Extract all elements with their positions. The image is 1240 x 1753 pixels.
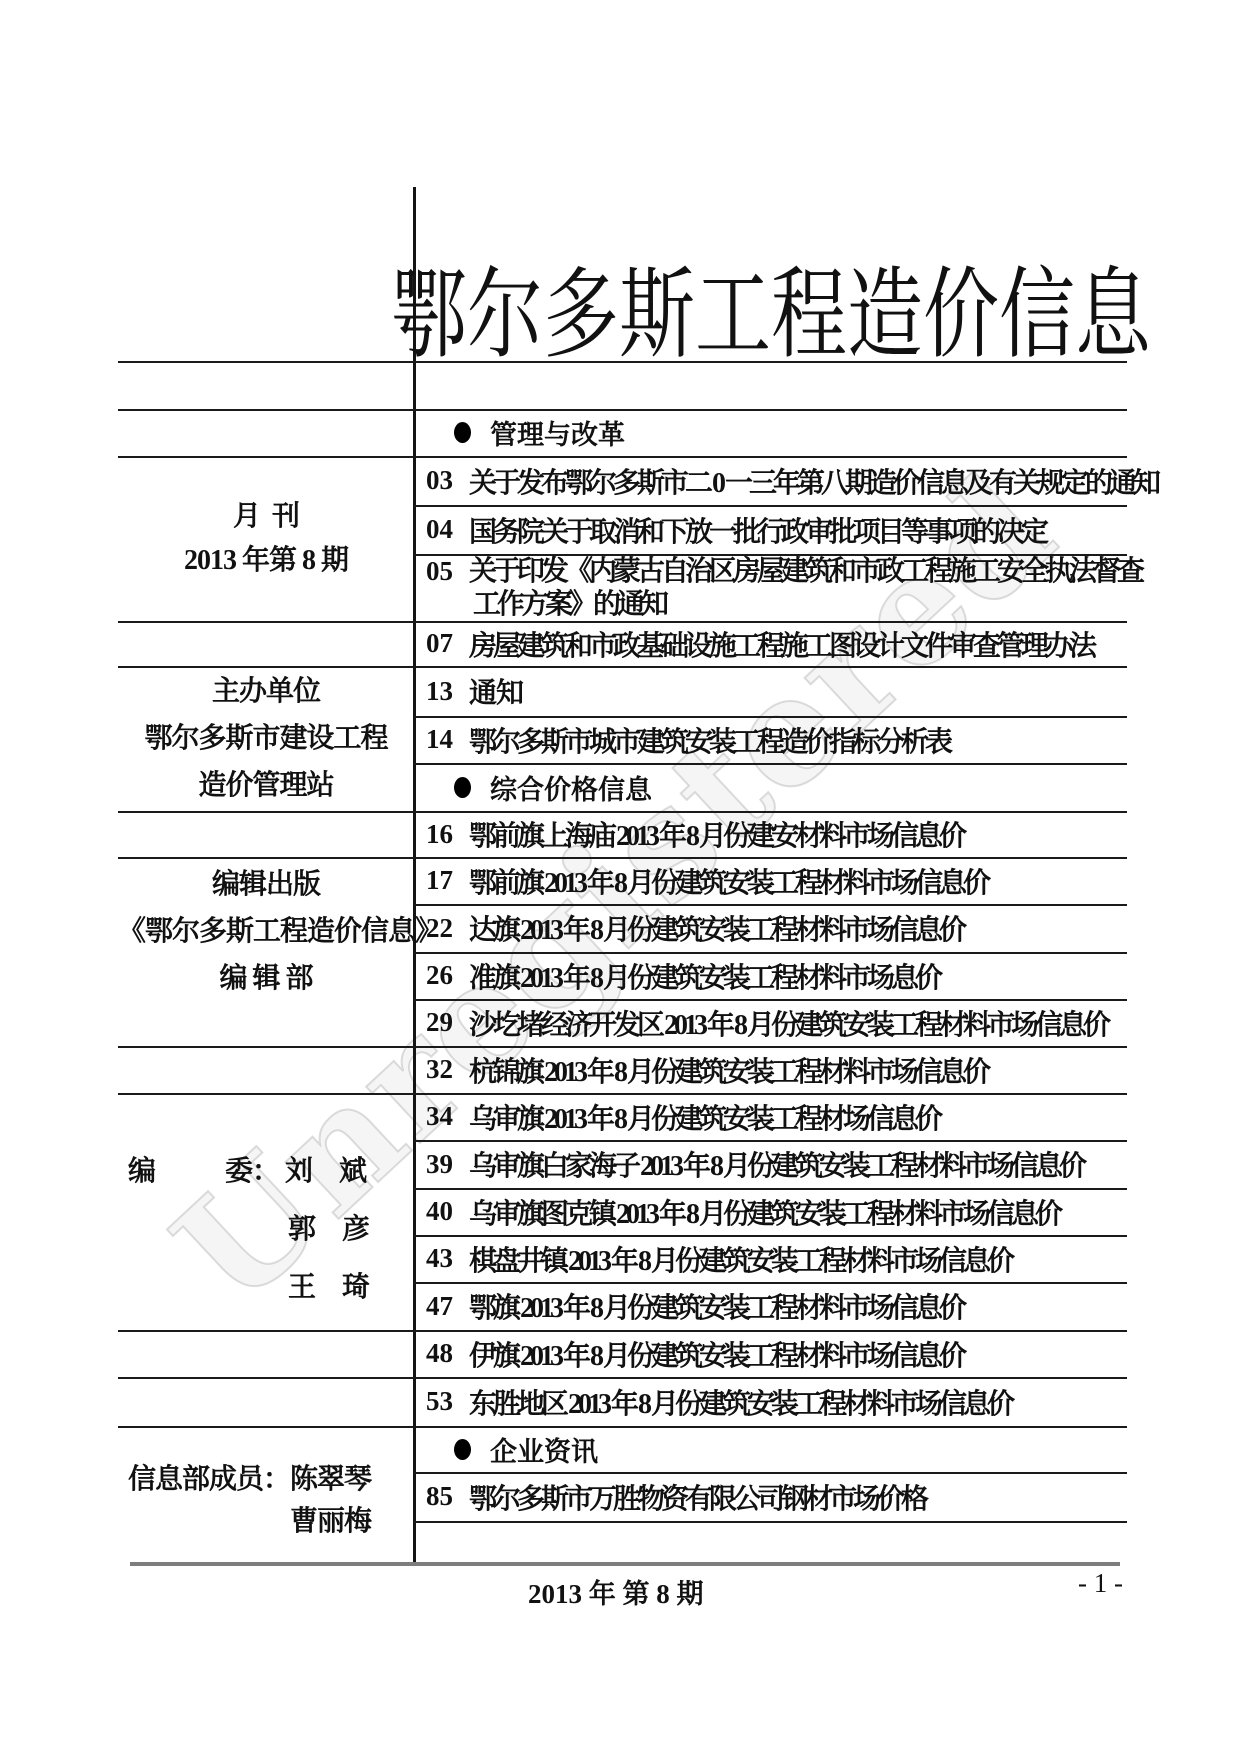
journal-cover-page: Unregistered 鄂尔多斯工程造价信息 月 刊 2013 年第 8 期 …	[0, 0, 1240, 1753]
toc-entry: 03 关于发布鄂尔多斯市二 0 一三年第八期造价信息及有关规定的通知	[414, 456, 1127, 505]
toc-page-number: 85	[426, 1481, 453, 1512]
toc-entry: 16 鄂前旗上海庙 2013 年 8 月份建安材料市场信息价	[414, 811, 1127, 857]
toc-page-number: 17	[426, 865, 453, 896]
toc-page-number: 04	[426, 514, 453, 545]
toc-section-label: 企业资讯	[490, 1430, 598, 1469]
toc-entry: 40 乌审旗图克镇 2013 年 8 月份建筑安装工程材料市场信息价	[414, 1188, 1127, 1235]
toc-entry: 22 达旗 2013 年 8 月份建筑安装工程材料市场信息价	[414, 904, 1127, 952]
organizer-label: 主办单位	[118, 668, 414, 715]
toc-page-number: 29	[426, 1007, 453, 1038]
toc-entry-title: 准旗 2013 年 8 月份建筑安装工程材料市场息价	[469, 956, 939, 996]
page-title: 鄂尔多斯工程造价信息	[420, 248, 1122, 377]
toc-page-number: 34	[426, 1101, 453, 1132]
editorial-member: 郭 彦	[118, 1201, 414, 1259]
bullet-icon	[454, 422, 471, 443]
info-department-member: 曹丽梅	[118, 1501, 414, 1543]
toc-entry-title: 国务院关于取消和下放一批行政审批项目等事项的决定	[469, 510, 1045, 550]
bullet-icon	[454, 1439, 471, 1460]
toc-entry-title: 乌审旗白家海子 2013 年 8 月份建筑安装工程材料市场信息价	[469, 1144, 1083, 1184]
toc-entry: 05 关于印发《内蒙古自治区房屋建筑和市政工程施工安全执法督查 工作方案》的通知	[414, 554, 1127, 621]
toc-entry-title-line2: 工作方案》的通知	[426, 588, 665, 621]
editorial-label-first: 编	[128, 1143, 155, 1201]
toc-entry: 17 鄂前旗 2013 年 8 月份建筑安装工程材料市场信息价	[414, 857, 1127, 904]
toc-section-label: 综合价格信息	[490, 768, 652, 807]
toc-entry: 04 国务院关于取消和下放一批行政审批项目等事项的决定	[414, 505, 1127, 554]
toc-entry-title: 关于发布鄂尔多斯市二 0 一三年第八期造价信息及有关规定的通知	[469, 461, 1157, 501]
toc-entry: 13 通 知	[414, 666, 1127, 716]
editorial-member: 王 琦	[118, 1259, 414, 1317]
page-title-text: 鄂尔多斯工程造价信息	[391, 235, 1151, 377]
toc-entry: 39 乌审旗白家海子 2013 年 8 月份建筑安装工程材料市场信息价	[414, 1140, 1127, 1188]
toc-page-number: 26	[426, 960, 453, 991]
toc-entry-title: 伊旗 2013 年 8 月份建筑安装工程材料市场信息价	[469, 1334, 963, 1374]
separator-line	[414, 1521, 1127, 1523]
info-department-label: 信息部成员：	[128, 1459, 290, 1501]
toc-entry: 14 鄂尔多斯市城市建筑安装工程造价指标分析表	[414, 716, 1127, 763]
organizer-cell: 主办单位 鄂尔多斯市建设工程 造价管理站	[118, 666, 414, 811]
publisher-journal-name: 《鄂尔多斯工程造价信息》	[118, 908, 414, 955]
footer-issue: 2013 年 第 8 期	[528, 1572, 704, 1611]
toc-entry-title: 通 知	[469, 671, 520, 711]
toc-entry-title: 鄂旗 2013 年 8 月份建筑安装工程材料市场信息价	[469, 1286, 963, 1326]
organizer-name-line2: 造价管理站	[118, 762, 414, 809]
toc-entry-title: 鄂尔多斯市城市建筑安装工程造价指标分析表	[469, 720, 949, 760]
toc-entry: 47 鄂旗 2013 年 8 月份建筑安装工程材料市场信息价	[414, 1282, 1127, 1330]
info-department-cell: 信息部成员： 陈翠琴 曹丽梅	[118, 1426, 414, 1564]
toc-entry-title: 乌审旗 2013 年 8 月份建筑安装工程材场信息价	[469, 1097, 939, 1137]
toc-page-number: 07	[426, 628, 453, 659]
info-department-member: 陈翠琴	[290, 1459, 371, 1501]
toc-entry-title: 东胜地区 2013 年 8 月份建筑安装工程材料市场信息价	[469, 1382, 1011, 1422]
toc-page-number: 22	[426, 913, 453, 944]
toc-page-number: 32	[426, 1054, 453, 1085]
toc-entry: 07 房屋建筑和市政基础设施工程施工图设计文件审查管理办法	[414, 621, 1127, 666]
editorial-member: 刘 斌	[285, 1143, 366, 1201]
toc-page-number: 05	[426, 555, 453, 588]
toc-entry: 29 沙圪堵经济开发区 2013 年 8 月份建筑安装工程材料市场信息价	[414, 999, 1127, 1046]
footer-page-number: - 1 -	[1078, 1568, 1123, 1599]
organizer-name-line1: 鄂尔多斯市建设工程	[118, 715, 414, 762]
toc-page-number: 16	[426, 819, 453, 850]
toc-entry: 53 东胜地区 2013 年 8 月份建筑安装工程材料市场信息价	[414, 1377, 1127, 1426]
toc-entry: 32 杭锦旗 2013 年 8 月份建筑安装工程材料市场信息价	[414, 1046, 1127, 1093]
toc-section-label: 管理与改革	[490, 413, 625, 452]
toc-entry-title: 房屋建筑和市政基础设施工程施工图设计文件审查管理办法	[469, 624, 1093, 664]
toc-entry-title: 棋盘井镇 2013 年 8 月份建筑安装工程材料市场信息价	[469, 1239, 1011, 1279]
publisher-dept: 编 辑 部	[118, 955, 414, 1002]
toc-entry-title: 达旗 2013 年 8 月份建筑安装工程材料市场信息价	[469, 908, 963, 948]
toc-entry: 26 准旗 2013 年 8 月份建筑安装工程材料市场息价	[414, 952, 1127, 999]
toc-page-number: 53	[426, 1386, 453, 1417]
toc-entry-title: 杭锦旗 2013 年 8 月份建筑安装工程材料市场信息价	[469, 1050, 987, 1090]
issue-monthly-label: 月 刊	[118, 495, 414, 539]
issue-number-label: 2013 年第 8 期	[118, 539, 414, 583]
toc-entry: 43 棋盘井镇 2013 年 8 月份建筑安装工程材料市场信息价	[414, 1235, 1127, 1282]
toc-page-number: 43	[426, 1243, 453, 1274]
toc-entry-title: 乌审旗图克镇 2013 年 8 月份建筑安装工程材料市场信息价	[469, 1192, 1059, 1232]
toc-section-header: 管理与改革	[414, 409, 1127, 456]
info-department-row: 信息部成员： 陈翠琴	[118, 1459, 414, 1501]
issue-cell: 月 刊 2013 年第 8 期	[118, 456, 414, 621]
editorial-label-second: 委：	[225, 1143, 279, 1201]
publisher-cell: 编辑出版 《鄂尔多斯工程造价信息》 编 辑 部	[118, 857, 414, 1046]
toc-entry: 34 乌审旗 2013 年 8 月份建筑安装工程材场信息价	[414, 1093, 1127, 1140]
toc-entry-title: 鄂尔多斯市万胜物资有限公司钢材市场价格	[469, 1477, 925, 1517]
toc-page-number: 39	[426, 1149, 453, 1180]
editorial-board-row: 编 委： 刘 斌	[118, 1143, 414, 1201]
toc-entry-title: 鄂前旗上海庙 2013 年 8 月份建安材料市场信息价	[469, 814, 963, 854]
toc-entry-title: 关于印发《内蒙古自治区房屋建筑和市政工程施工安全执法督查	[469, 555, 1141, 588]
toc-page-number: 48	[426, 1338, 453, 1369]
toc-section-header: 企业资讯	[414, 1426, 1127, 1472]
publisher-label: 编辑出版	[118, 861, 414, 908]
toc-page-number: 03	[426, 465, 453, 496]
toc-entry-title: 鄂前旗 2013 年 8 月份建筑安装工程材料市场信息价	[469, 861, 987, 901]
toc-entry: 85 鄂尔多斯市万胜物资有限公司钢材市场价格	[414, 1472, 1127, 1521]
bullet-icon	[454, 777, 471, 798]
toc-section-header: 综合价格信息	[414, 763, 1127, 811]
toc-page-number: 13	[426, 676, 453, 707]
toc-page-number: 14	[426, 724, 453, 755]
toc-page-number: 40	[426, 1196, 453, 1227]
toc-entry-title: 沙圪堵经济开发区 2013 年 8 月份建筑安装工程材料市场信息价	[469, 1003, 1107, 1043]
toc-entry: 48 伊旗 2013 年 8 月份建筑安装工程材料市场信息价	[414, 1330, 1127, 1377]
toc-page-number: 47	[426, 1291, 453, 1322]
editorial-board-cell: 编 委： 刘 斌 郭 彦 王 琦	[118, 1093, 414, 1330]
